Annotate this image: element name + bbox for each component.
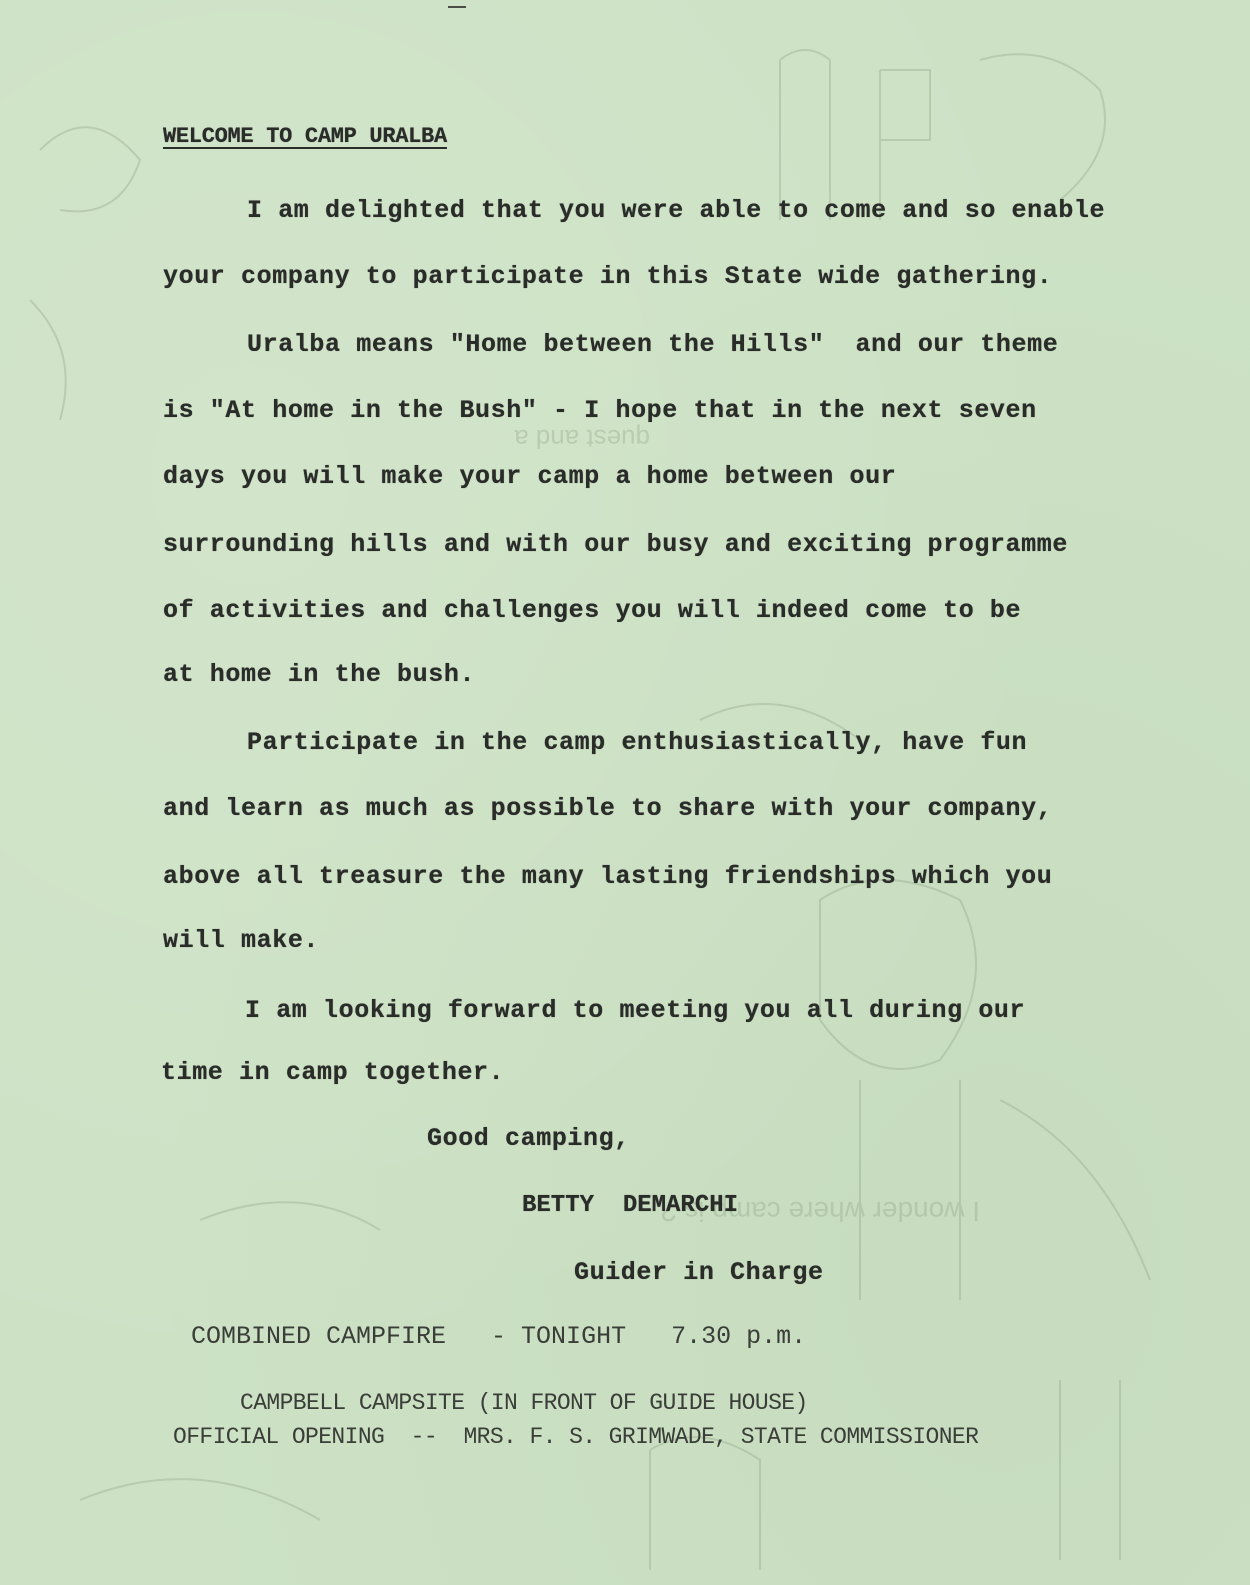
- paragraph-2-line-1: Uralba means "Home between the Hills" an…: [247, 330, 1058, 359]
- paragraph-2-line-6: at home in the bush.: [163, 660, 475, 689]
- paragraph-4-line-2: time in camp together.: [161, 1058, 504, 1087]
- paragraph-4-line-1: I am looking forward to meeting you all …: [245, 996, 1025, 1025]
- paragraph-3-line-1: Participate in the camp enthusiastically…: [247, 728, 1027, 757]
- paragraph-3-line-2: and learn as much as possible to share w…: [163, 794, 1052, 823]
- paragraph-2-line-2: is "At home in the Bush" - I hope that i…: [163, 396, 1037, 425]
- paragraph-2-line-4: surrounding hills and with our busy and …: [163, 530, 1068, 559]
- notice-campfire: COMBINED CAMPFIRE - TONIGHT 7.30 p.m.: [191, 1322, 806, 1351]
- signature-role: Guider in Charge: [574, 1258, 824, 1287]
- paragraph-2-line-5: of activities and challenges you will in…: [163, 596, 1021, 625]
- paragraph-3-line-4: will make.: [163, 926, 319, 955]
- paragraph-1-line-2: your company to participate in this Stat…: [163, 262, 1052, 291]
- paragraph-2-line-3: days you will make your camp a home betw…: [163, 462, 896, 491]
- notice-location: CAMPBELL CAMPSITE (IN FRONT OF GUIDE HOU…: [240, 1390, 808, 1416]
- document-title: WELCOME TO CAMP URALBA: [163, 124, 447, 149]
- paragraph-1-line-1: I am delighted that you were able to com…: [247, 196, 1105, 225]
- signature-name: BETTY DEMARCHI: [522, 1192, 738, 1219]
- notice-official-opening: OFFICIAL OPENING -- MRS. F. S. GRIMWADE,…: [173, 1424, 978, 1450]
- paragraph-3-line-3: above all treasure the many lasting frie…: [163, 862, 1052, 891]
- closing-text: Good camping,: [427, 1124, 630, 1153]
- top-ink-mark: [448, 6, 466, 8]
